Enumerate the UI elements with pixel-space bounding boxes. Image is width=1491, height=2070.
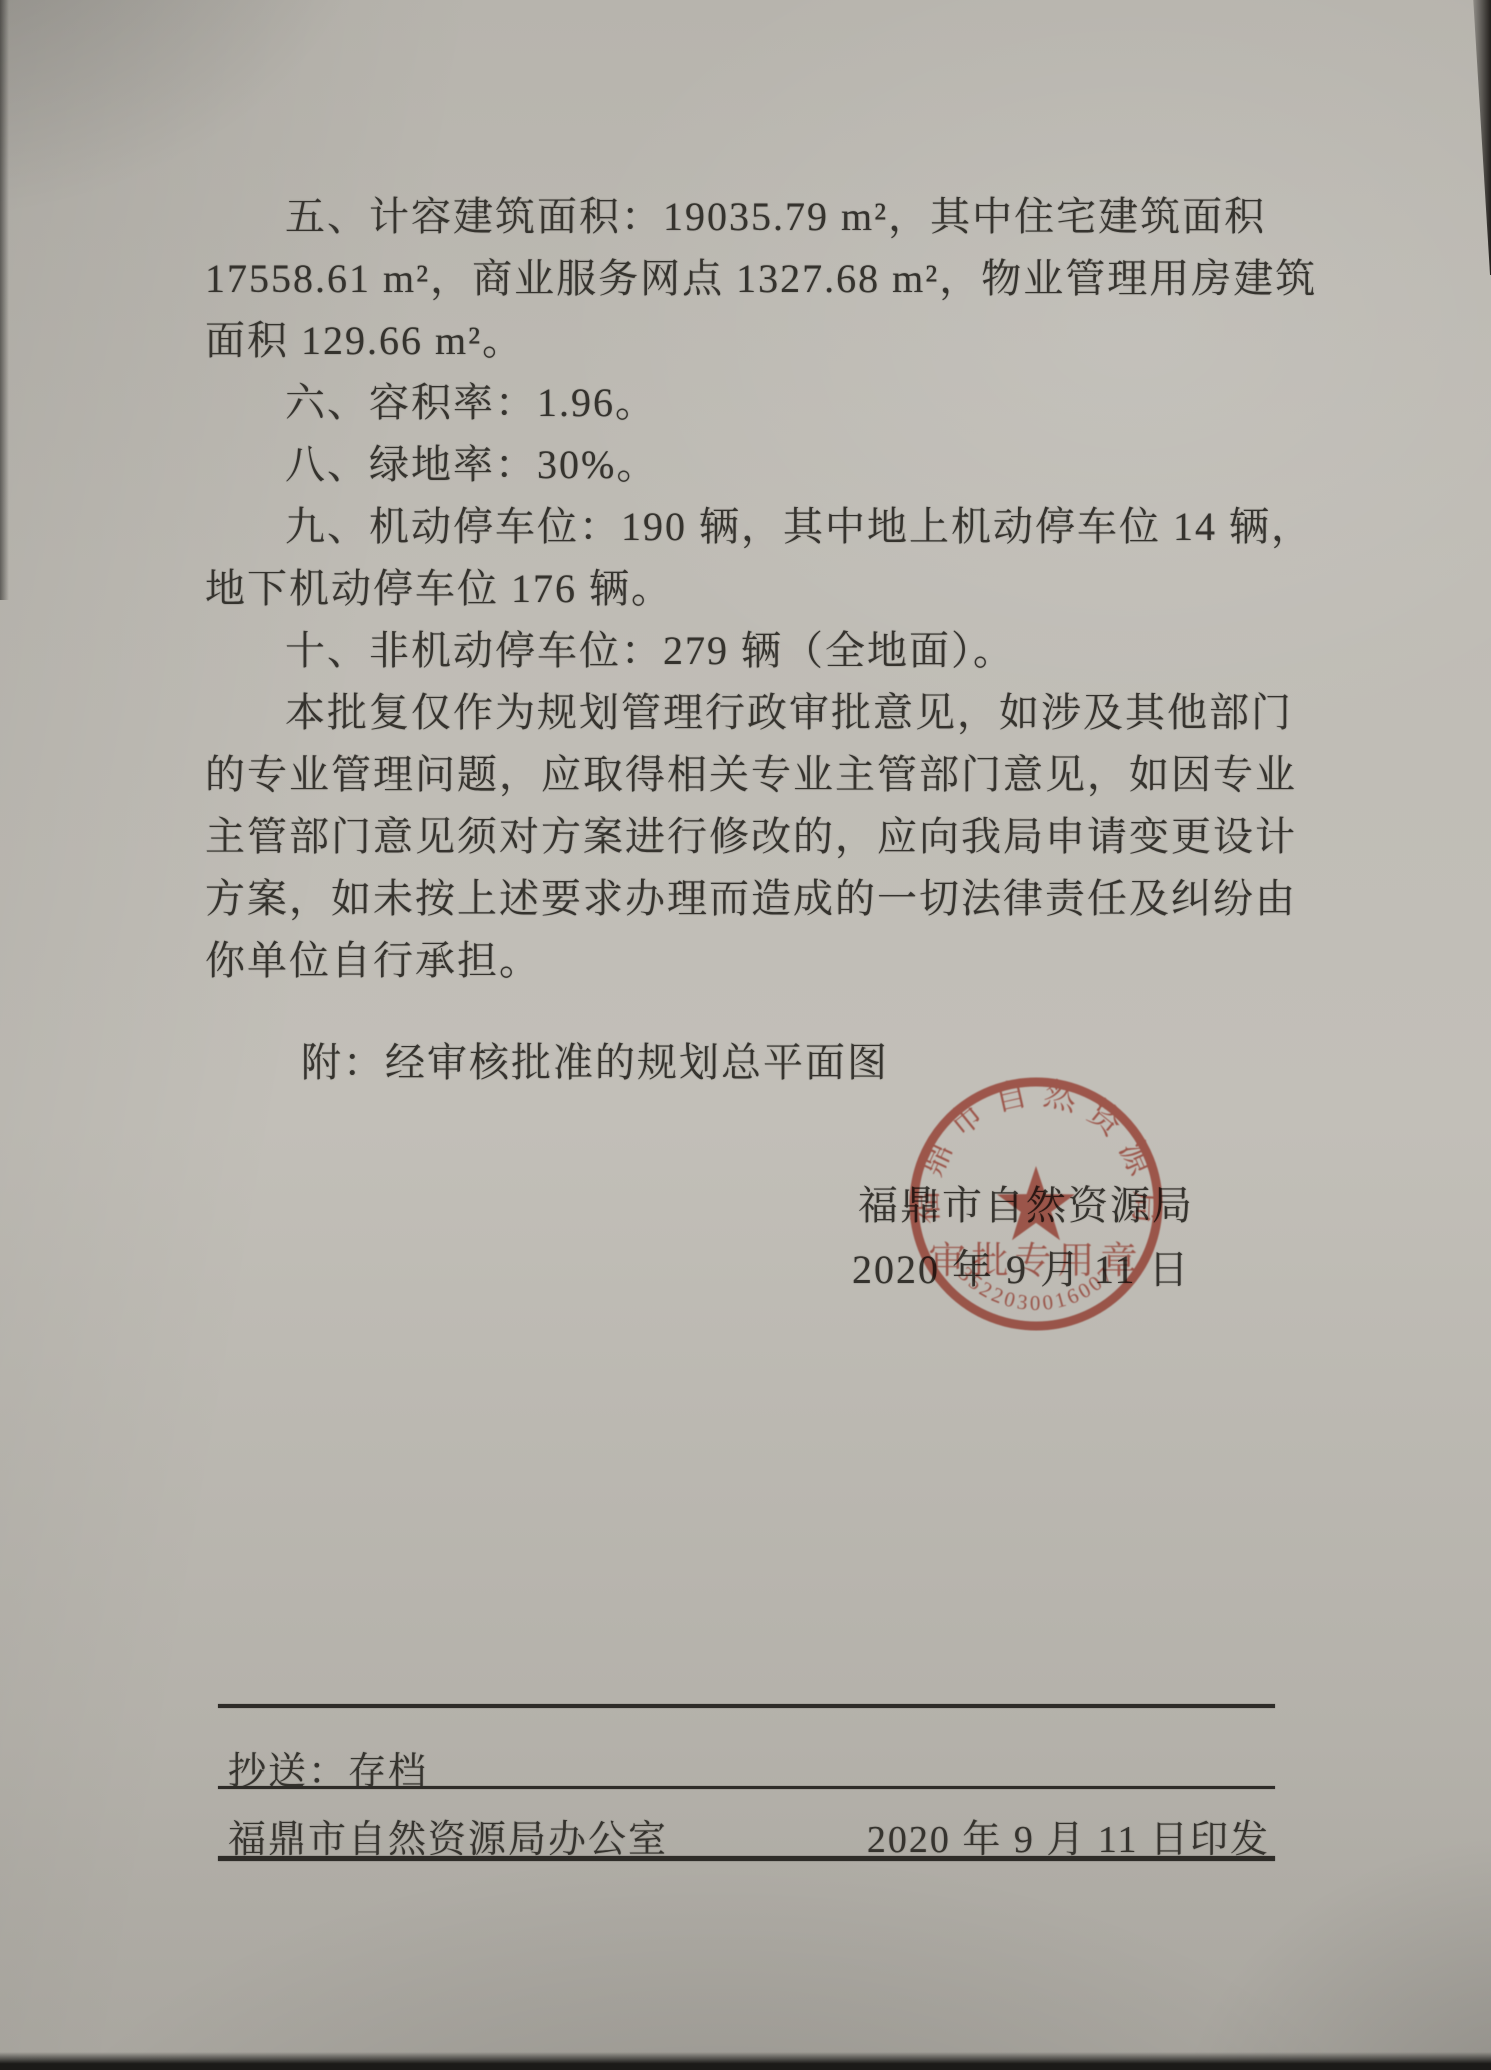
body-line: 十、非机动停车位：279 辆（全地面）。	[205, 620, 1345, 682]
body-line: 六、容积率：1.96。	[205, 372, 1345, 434]
body-line: 地下机动停车位 176 辆。	[205, 558, 1345, 620]
body-line: 本批复仅作为规划管理行政审批意见，如涉及其他部门	[205, 682, 1345, 744]
body-line: 你单位自行承担。	[205, 930, 1345, 992]
document-photo: 五、计容建筑面积：19035.79 m²，其中住宅建筑面积17558.61 m²…	[0, 0, 1491, 2070]
body-line: 主管部门意见须对方案进行修改的，应向我局申请变更设计	[205, 806, 1345, 868]
issuing-office: 福鼎市自然资源局办公室	[228, 1808, 668, 1863]
footer-rule-bottom	[218, 1856, 1275, 1861]
stamp-star-icon	[997, 1166, 1075, 1240]
body-line: 五、计容建筑面积：19035.79 m²，其中住宅建筑面积	[205, 186, 1345, 248]
body-line: 的专业管理问题，应取得相关专业主管部门意见，如因专业	[205, 744, 1345, 806]
photo-edge-bottom	[0, 2052, 1491, 2070]
body-line: 面积 129.66 m²。	[205, 310, 1345, 372]
footer-rule-middle	[218, 1786, 1275, 1789]
official-seal-stamp: 福鼎市自然资源局 审批专用章 3522030016007	[895, 1063, 1177, 1345]
body-line: 八、绿地率：30%。	[205, 434, 1345, 496]
document-page: 五、计容建筑面积：19035.79 m²，其中住宅建筑面积17558.61 m²…	[0, 0, 1491, 2070]
footer-rule-top	[218, 1704, 1275, 1708]
issue-line: 福鼎市自然资源局办公室 2020 年 9 月 11 日印发	[228, 1808, 1270, 1863]
body-line: 17558.61 m²，商业服务网点 1327.68 m²，物业管理用房建筑	[205, 248, 1345, 310]
document-body: 五、计容建筑面积：19035.79 m²，其中住宅建筑面积17558.61 m²…	[205, 186, 1345, 992]
body-line: 九、机动停车位：190 辆，其中地上机动停车位 14 辆，	[205, 496, 1345, 558]
body-line: 方案，如未按上述要求办理而造成的一切法律责任及纠纷由	[205, 868, 1345, 930]
print-date: 2020 年 9 月 11 日印发	[867, 1808, 1270, 1863]
